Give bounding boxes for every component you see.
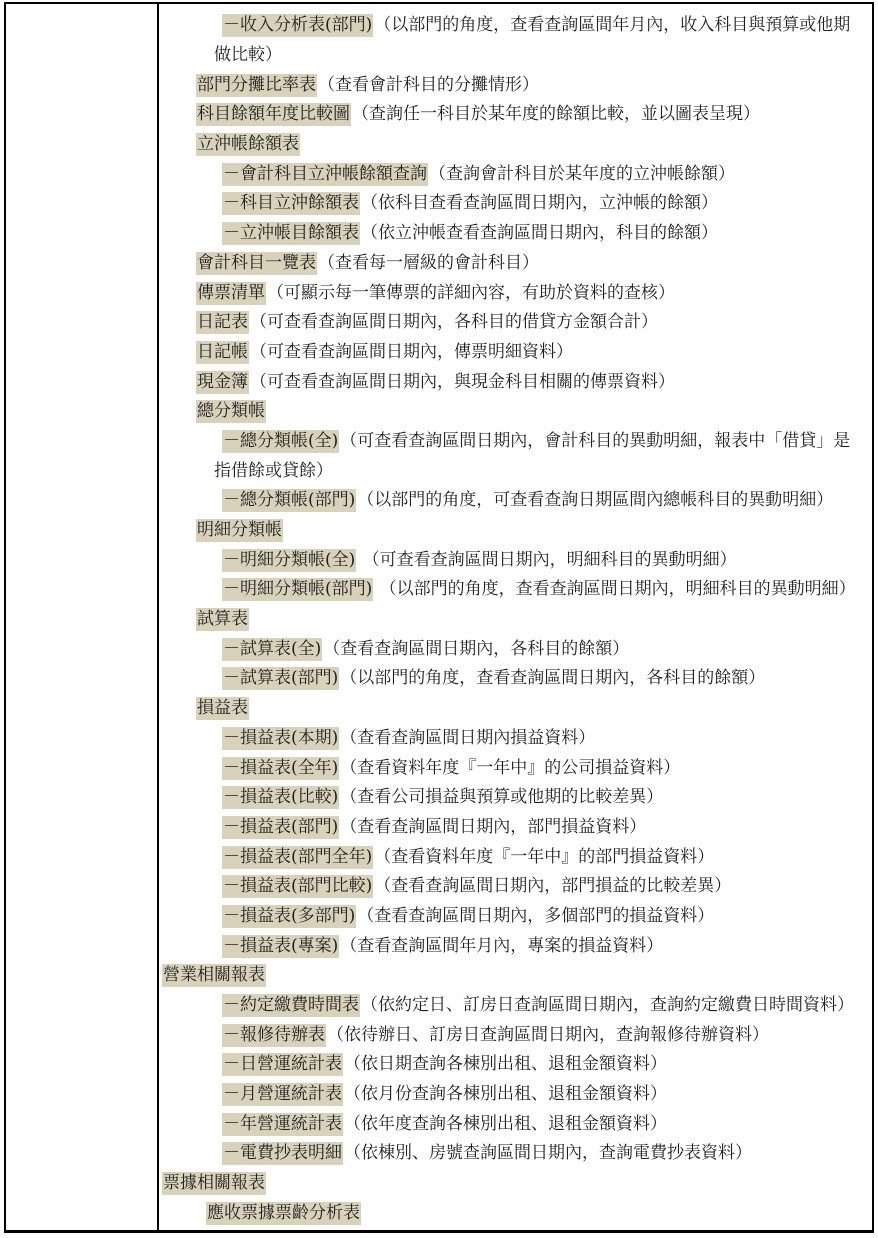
report-name-highlight: －明細分類帳(部門) — [222, 578, 373, 601]
report-row: －電費抄表明細（依棟別、房號查詢區間日期內，查詢電費抄表資料） — [159, 1139, 872, 1169]
report-name-highlight: －電費抄表明細 — [222, 1142, 343, 1165]
report-description: （查看查詢區間日期內損益資料） — [339, 730, 595, 747]
report-row: －損益表(部門全年)（查看資料年度『一年中』的部門損益資料） — [159, 842, 872, 872]
report-name-highlight: －年營運統計表 — [222, 1113, 343, 1136]
report-name-highlight: －試算表(部門) — [222, 667, 339, 690]
report-name-highlight: －試算表(全) — [222, 638, 322, 661]
report-description: （依科目查看查詢區間日期內，立沖帳的餘額） — [360, 195, 718, 212]
report-description: （查看資料年度『一年中』的公司損益資料） — [339, 760, 680, 777]
report-row: －總分類帳(部門)（以部門的角度，可查看查詢日期區間內總帳科目的異動明細） — [159, 486, 872, 516]
report-description: （查看查詢區間日期內，部門損益的比較差異） — [373, 878, 731, 895]
report-name-highlight: 明細分類帳 — [196, 519, 283, 542]
report-name-highlight: －明細分類帳(全) — [222, 549, 356, 572]
report-row: －損益表(專案)（查看查詢區間年月內，專案的損益資料） — [159, 931, 872, 961]
report-name-highlight: 試算表 — [196, 608, 249, 631]
table-left-column — [6, 4, 159, 1230]
report-description: （查看查詢區間年月內，專案的損益資料） — [339, 938, 663, 955]
report-description-continuation: 做比較） — [159, 41, 872, 71]
report-row: －月營運統計表（依月份查詢各棟別出租、退租金額資料） — [159, 1080, 872, 1110]
report-row: －年營運統計表（依年度查詢各棟別出租、退租金額資料） — [159, 1109, 872, 1139]
report-description: （以部門的角度，查看查詢區間年月內，收入科目與預算或他期 — [373, 17, 850, 34]
report-description: （查看查詢區間日期內，部門損益資料） — [339, 819, 646, 836]
report-row: 部門分攤比率表（查看會計科目的分攤情形） — [159, 70, 872, 100]
report-name-highlight: －收入分析表(部門) — [222, 14, 373, 37]
report-description: （查詢任一科目於某年度的餘額比較，並以圖表呈現） — [351, 106, 760, 123]
report-name-highlight: －損益表(部門比較) — [222, 875, 373, 898]
report-row: －明細分類帳(部門) （以部門的角度，查看查詢區間日期內，明細科目的異動明細） — [159, 575, 872, 605]
report-description: （依月份查詢各棟別出租、退租金額資料） — [343, 1086, 667, 1103]
report-description: （可查看查詢區間日期內，與現金科目相關的傳票資料） — [249, 374, 675, 391]
report-name-highlight: －約定繳費時間表 — [222, 994, 360, 1017]
report-description: （查詢會計科目於某年度的立沖帳餘額） — [428, 166, 735, 183]
report-description: （依年度查詢各棟別出租、退租金額資料） — [343, 1116, 667, 1133]
report-name-highlight: －損益表(比較) — [222, 786, 339, 809]
report-name-highlight: 總分類帳 — [196, 400, 266, 423]
report-name-highlight: －總分類帳(部門) — [222, 489, 356, 512]
report-description: （查看查詢區間日期內，多個部門的損益資料） — [356, 908, 714, 925]
report-row: －立沖帳目餘額表（依立沖帳查看查詢區間日期內，科目的餘額） — [159, 219, 872, 249]
report-row: 票據相關報表 — [159, 1169, 872, 1199]
report-row: －報修待辦表（依待辦日、訂房日查詢區間日期內，查詢報修待辦資料） — [159, 1020, 872, 1050]
report-row: －損益表(全年)（查看資料年度『一年中』的公司損益資料） — [159, 753, 872, 783]
report-row: －會計科目立沖帳餘額查詢（查詢會計科目於某年度的立沖帳餘額） — [159, 159, 872, 189]
report-name-highlight: 日記帳 — [196, 341, 249, 364]
report-row: －約定繳費時間表（依約定日、訂房日查詢區間日期內，查詢約定繳費日時間資料） — [159, 991, 872, 1021]
report-description: （以部門的角度，查看查詢區間日期內，各科目的餘額） — [339, 670, 765, 687]
report-name-highlight: －損益表(部門全年) — [222, 846, 373, 869]
report-description: （查看每一層級的會計科目） — [317, 255, 539, 272]
report-row: －損益表(部門比較)（查看查詢區間日期內，部門損益的比較差異） — [159, 872, 872, 902]
report-row: 營業相關報表 — [159, 961, 872, 991]
report-name-highlight: －損益表(多部門) — [222, 905, 356, 928]
report-row: 會計科目一覽表（查看每一層級的會計科目） — [159, 249, 872, 279]
report-name-highlight: －立沖帳目餘額表 — [222, 222, 360, 245]
report-name-highlight: 立沖帳餘額表 — [196, 133, 300, 156]
report-description: （依棟別、房號查詢區間日期內，查詢電費抄表資料） — [343, 1145, 752, 1162]
report-name-highlight: －月營運統計表 — [222, 1083, 343, 1106]
report-name-highlight: －總分類帳(全) — [222, 430, 339, 453]
report-name-highlight: 損益表 — [196, 697, 249, 720]
report-row: 日記帳（可查看查詢區間日期內，傳票明細資料） — [159, 338, 872, 368]
report-row: 科目餘額年度比較圖（查詢任一科目於某年度的餘額比較，並以圖表呈現） — [159, 100, 872, 130]
report-row: －試算表(全)（查看查詢區間日期內，各科目的餘額） — [159, 634, 872, 664]
report-name-highlight: －損益表(部門) — [222, 816, 339, 839]
table-right-column: －收入分析表(部門)（以部門的角度，查看查詢區間年月內，收入科目與預算或他期做比… — [159, 4, 872, 1230]
report-row: －損益表(比較)（查看公司損益與預算或他期的比較差異） — [159, 783, 872, 813]
report-row: －試算表(部門)（以部門的角度，查看查詢區間日期內，各科目的餘額） — [159, 664, 872, 694]
report-description: （依日期查詢各棟別出租、退租金額資料） — [343, 1056, 667, 1073]
report-description: （依約定日、訂房日查詢區間日期內，查詢約定繳費日時間資料） — [360, 997, 854, 1014]
report-description: （依立沖帳查看查詢區間日期內，科目的餘額） — [360, 225, 718, 242]
report-row: －損益表(本期)（查看查詢區間日期內損益資料） — [159, 724, 872, 754]
report-description: （可顯示每一筆傳票的詳細內容，有助於資料的查核） — [266, 285, 675, 302]
report-description: （查看資料年度『一年中』的部門損益資料） — [373, 849, 714, 866]
report-name-highlight: 現金簿 — [196, 371, 249, 394]
report-description: （可查看查詢區間日期內，會計科目的異動明細，報表中「借貸」是 — [339, 433, 850, 450]
report-name-highlight: －科目立沖餘額表 — [222, 192, 360, 215]
report-name-highlight: －日營運統計表 — [222, 1053, 343, 1076]
report-name-highlight: －會計科目立沖帳餘額查詢 — [222, 163, 428, 186]
report-name-highlight: 部門分攤比率表 — [196, 74, 317, 97]
report-name-highlight: 會計科目一覽表 — [196, 252, 317, 275]
report-row: 試算表 — [159, 605, 872, 635]
report-name-highlight: 傳票清單 — [196, 282, 266, 305]
report-description: （依待辦日、訂房日查詢區間日期內，查詢報修待辦資料） — [326, 1027, 769, 1044]
report-name-highlight: －損益表(本期) — [222, 727, 339, 750]
report-name-highlight: －損益表(專案) — [222, 935, 339, 958]
report-row: 日記表（可查看查詢區間日期內，各科目的借貸方金額合計） — [159, 308, 872, 338]
feature-table: －收入分析表(部門)（以部門的角度，查看查詢區間年月內，收入科目與預算或他期做比… — [4, 2, 874, 1233]
report-description: （可查看查詢區間日期內，明細科目的異動明細） — [356, 552, 736, 569]
report-name-highlight: －報修待辦表 — [222, 1024, 326, 1047]
report-list: －收入分析表(部門)（以部門的角度，查看查詢區間年月內，收入科目與預算或他期做比… — [159, 11, 872, 1228]
report-description: （可查看查詢區間日期內，傳票明細資料） — [249, 344, 573, 361]
report-name-highlight: 應收票據票齡分析表 — [206, 1202, 361, 1225]
report-name-highlight: 票據相關報表 — [162, 1172, 266, 1195]
report-name-highlight: 科目餘額年度比較圖 — [196, 103, 351, 126]
report-row: －日營運統計表（依日期查詢各棟別出租、退租金額資料） — [159, 1050, 872, 1080]
report-row: 應收票據票齡分析表 — [159, 1199, 872, 1229]
report-row: －科目立沖餘額表（依科目查看查詢區間日期內，立沖帳的餘額） — [159, 189, 872, 219]
report-row: －損益表(部門)（查看查詢區間日期內，部門損益資料） — [159, 813, 872, 843]
report-row: 損益表 — [159, 694, 872, 724]
report-row: 明細分類帳 — [159, 516, 872, 546]
report-row: －收入分析表(部門)（以部門的角度，查看查詢區間年月內，收入科目與預算或他期 — [159, 11, 872, 41]
report-description: （可查看查詢區間日期內，各科目的借貸方金額合計） — [249, 314, 658, 331]
report-name-highlight: －損益表(全年) — [222, 757, 339, 780]
report-row: 傳票清單（可顯示每一筆傳票的詳細內容，有助於資料的查核） — [159, 278, 872, 308]
report-row: 現金簿（可查看查詢區間日期內，與現金科目相關的傳票資料） — [159, 367, 872, 397]
report-description-continuation: 指借餘或貸餘） — [159, 456, 872, 486]
report-row: 立沖帳餘額表 — [159, 130, 872, 160]
report-description: （以部門的角度，可查看查詢日期區間內總帳科目的異動明細） — [356, 492, 833, 509]
report-name-highlight: 日記表 — [196, 311, 249, 334]
report-row: 總分類帳 — [159, 397, 872, 427]
report-name-highlight: 營業相關報表 — [162, 964, 266, 987]
report-row: －總分類帳(全)（可查看查詢區間日期內，會計科目的異動明細，報表中「借貸」是 — [159, 427, 872, 457]
report-row: －損益表(多部門)（查看查詢區間日期內，多個部門的損益資料） — [159, 902, 872, 932]
report-description: （以部門的角度，查看查詢區間日期內，明細科目的異動明細） — [373, 581, 855, 598]
report-description: （查看會計科目的分攤情形） — [317, 77, 539, 94]
report-row: －明細分類帳(全) （可查看查詢區間日期內，明細科目的異動明細） — [159, 545, 872, 575]
report-description: （查看查詢區間日期內，各科目的餘額） — [322, 641, 629, 658]
report-description: （查看公司損益與預算或他期的比較差異） — [339, 789, 663, 806]
